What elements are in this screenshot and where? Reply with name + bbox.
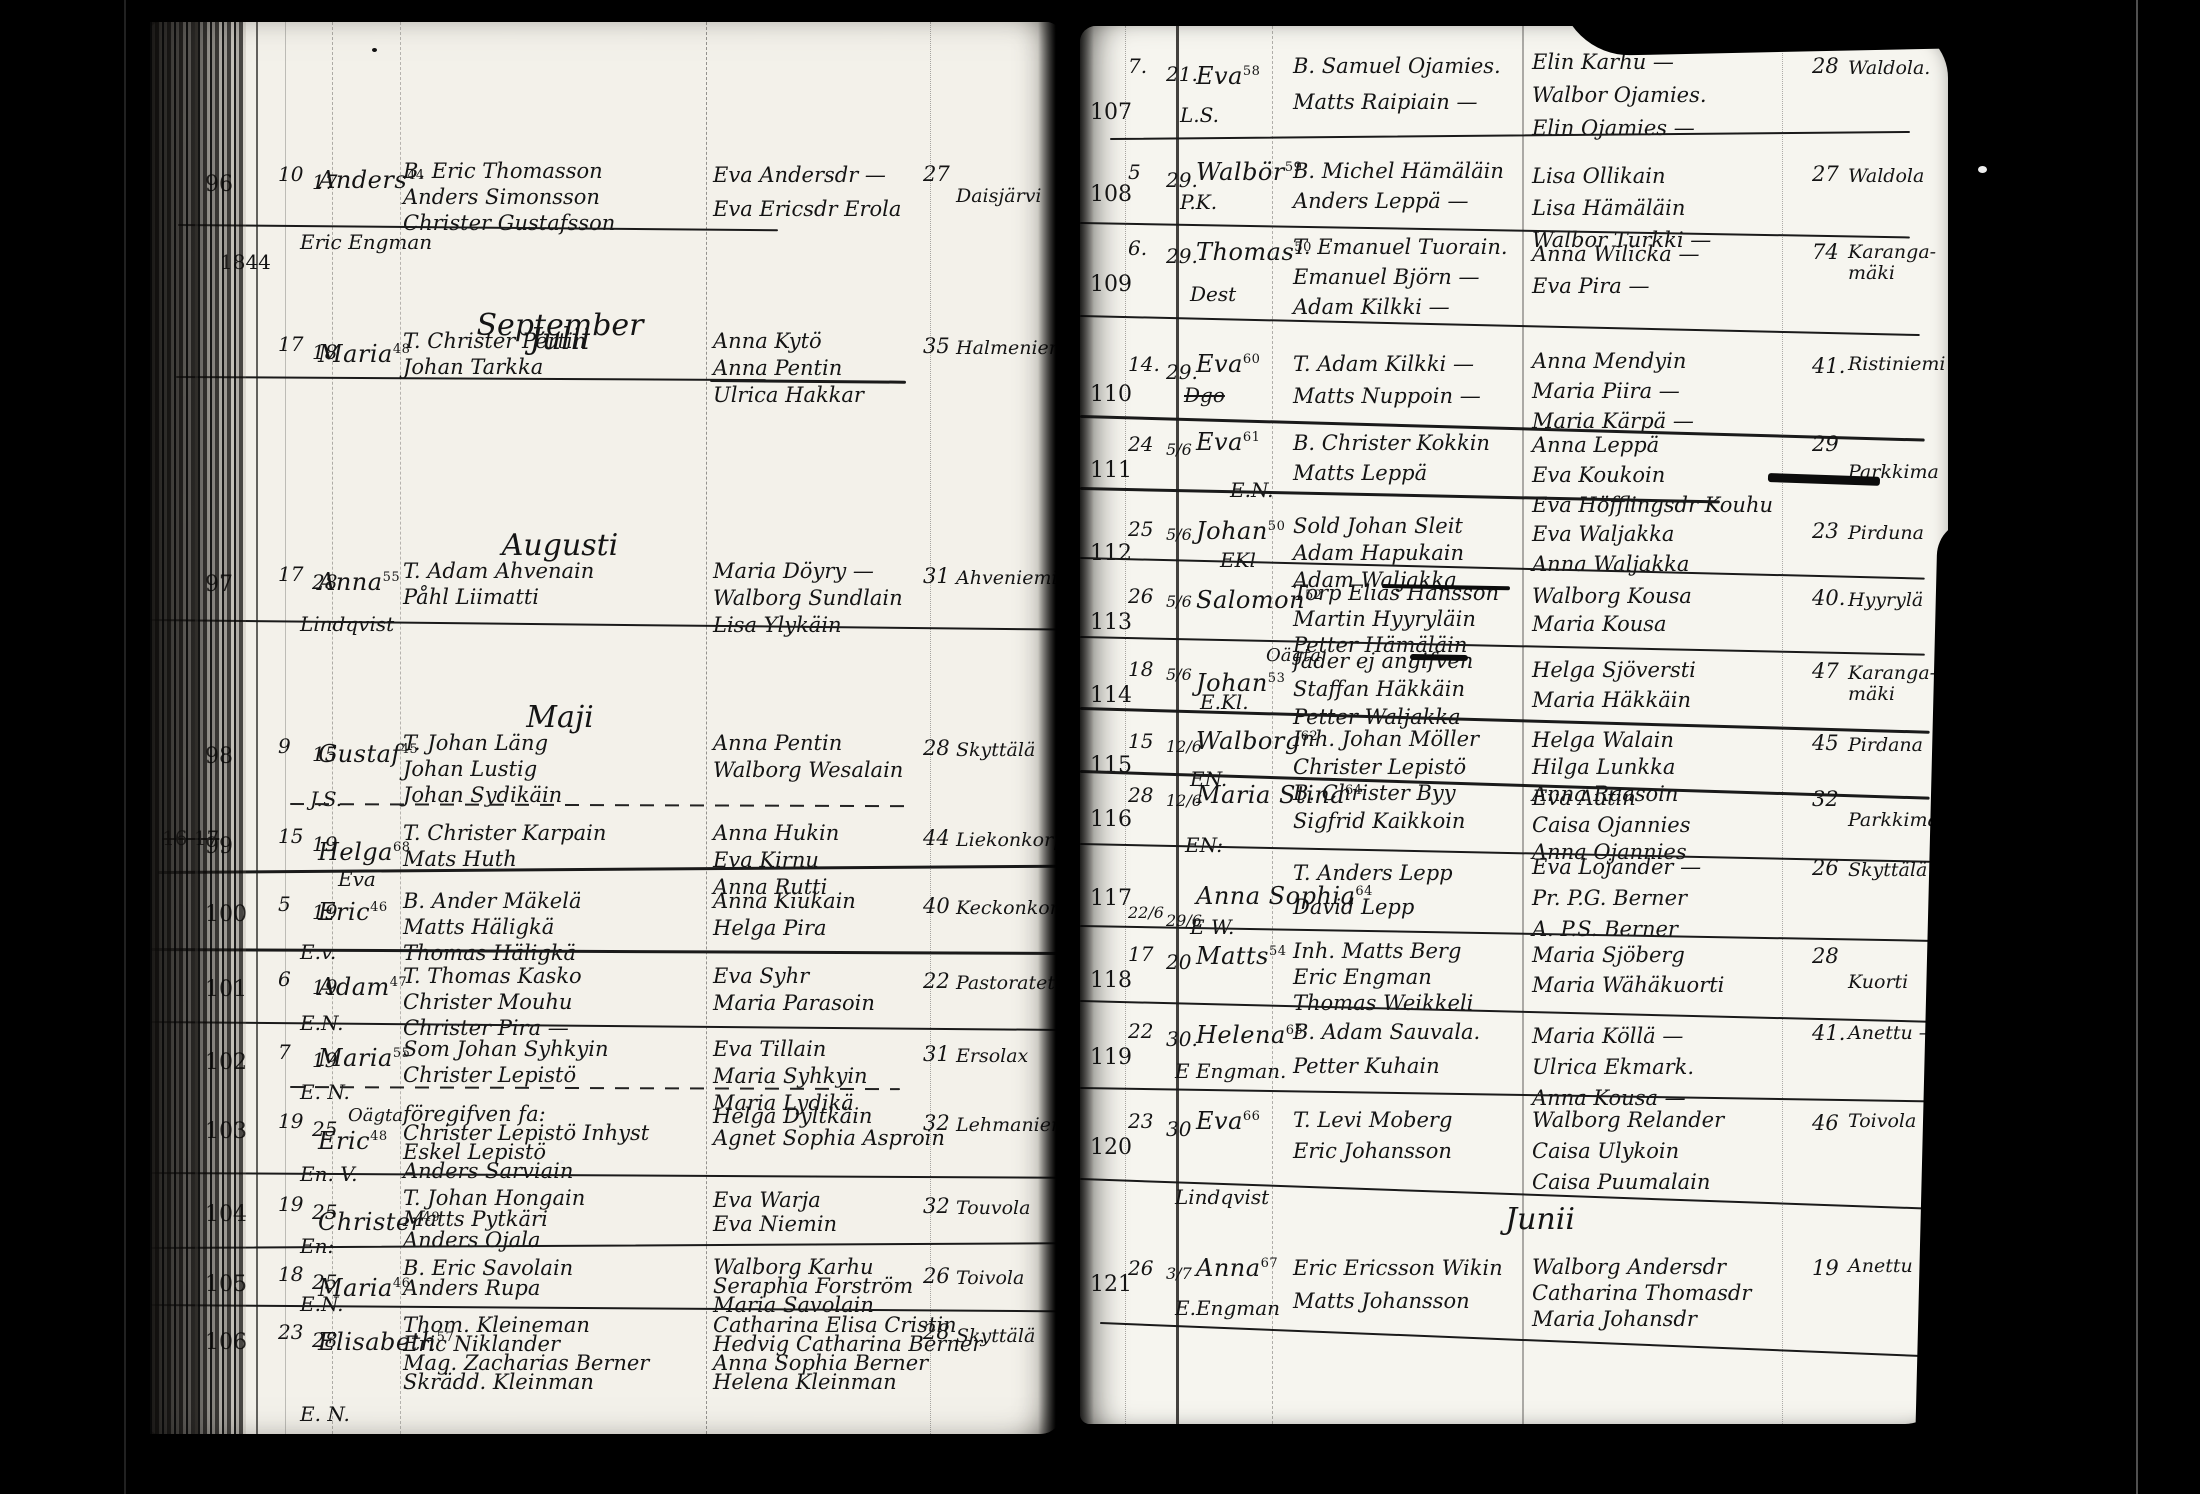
witness-line: Matts Johansson xyxy=(1293,1285,1503,1318)
child-name-text: Walbör xyxy=(1196,158,1285,186)
godmother-line: Walborg Wesalain xyxy=(713,757,903,784)
record-number: 107 xyxy=(1090,100,1132,125)
birth-date: 7 xyxy=(278,1040,291,1064)
godmother-line: Helena Kleinman xyxy=(713,1373,982,1392)
witness-line: T. Adam Kilkki — xyxy=(1293,348,1481,380)
column-rule xyxy=(706,22,708,1434)
mother-age: 35 xyxy=(923,334,950,358)
record-number: 98 xyxy=(205,744,233,769)
birth-date: 14. xyxy=(1128,352,1160,376)
book-scan: Julii961017Anders44Eric Engman1844B. Eri… xyxy=(0,0,2200,1494)
witnesses-list: B. Eric SavolainAnders Rupa xyxy=(403,1258,573,1298)
village-name: Ahveniemi xyxy=(956,568,1062,589)
child-name: Anna55 xyxy=(318,568,400,596)
village-name: Pirduna xyxy=(1848,523,1948,544)
baptism-date: 29. xyxy=(1166,244,1198,268)
legitimacy-note: Oägta xyxy=(348,1105,403,1126)
godmother-line: Walbor Ojamies. xyxy=(1532,79,1707,112)
column-rule xyxy=(1125,26,1127,1424)
mother-age: 19 xyxy=(1812,1256,1839,1280)
witness-line: T. Levi Moberg xyxy=(1293,1105,1452,1136)
birth-date: 22 xyxy=(1128,1019,1153,1043)
witnesses-list: B. Eric ThomassonAnders SimonssonChriste… xyxy=(403,158,615,236)
witness-line: Inh. Matts Berg xyxy=(1293,938,1473,964)
record-number: 105 xyxy=(205,1272,247,1297)
witness-line: David Lepp xyxy=(1293,890,1453,924)
godmother-line: Walborg Kousa xyxy=(1532,582,1692,610)
witness-line: Johan Lustig xyxy=(403,756,562,782)
hand-ruled-separator xyxy=(150,1242,1062,1249)
godmother-line: Walborg Relander xyxy=(1532,1105,1724,1136)
witness-line: Thomas Weikkeli xyxy=(1293,990,1473,1016)
witness-line: T. Emanuel Tuorain. xyxy=(1293,232,1508,262)
godmother-line: Anna Kiukain xyxy=(713,888,856,915)
village-name: Keckonkorpi xyxy=(956,898,1062,919)
witnesses-list: T. Levi MobergEric Johansson xyxy=(1293,1105,1452,1167)
child-name: Eva58 xyxy=(1196,62,1260,90)
child-name: Johan50 xyxy=(1196,517,1285,545)
godmothers-list: Elin Karhu —Walbor Ojamies.Elin Ojamies … xyxy=(1532,46,1707,145)
clergy-initials: J.S. xyxy=(310,787,342,811)
child-name-text: Thomas xyxy=(1196,238,1294,266)
hand-ruled-separator xyxy=(150,619,1062,631)
mother-age: 40 xyxy=(923,894,950,918)
witness-line: fader ej angifven xyxy=(1293,647,1473,675)
village-name: Skyttälä xyxy=(956,740,1062,761)
name-superscript: 61 xyxy=(1243,430,1261,445)
birth-date: 19 xyxy=(278,1192,303,1216)
hand-ruled-separator xyxy=(290,803,910,807)
godmothers-list: Anna LeppäEva KoukoinEva Höfflingsdr Kou… xyxy=(1532,430,1773,520)
record-number: 96 xyxy=(205,172,233,197)
witness-line: Anders Leppä — xyxy=(1293,186,1504,216)
village-name: Daisjärvi xyxy=(956,186,1062,207)
record-number: 104 xyxy=(205,1202,247,1227)
birth-date: 18 xyxy=(278,1262,303,1286)
witness-line: Anders Sarviain xyxy=(403,1162,649,1181)
mother-age: 26 xyxy=(1812,856,1839,880)
witness-line: B. Adam Sauvala. xyxy=(1293,1015,1480,1049)
name-superscript: 48 xyxy=(370,1129,388,1144)
witness-line: Sold Johan Sleit xyxy=(1293,513,1464,540)
name-superscript: 55 xyxy=(383,570,401,585)
hand-ruled-separator xyxy=(150,1304,1062,1312)
witness-line: T. Thomas Kasko xyxy=(403,963,582,989)
witness-line: Martin Hyyryläin xyxy=(1293,606,1499,632)
child-name: Helena65 xyxy=(1196,1021,1303,1049)
baptism-date: 5/6 xyxy=(1166,665,1192,684)
record-number: 121 xyxy=(1090,1272,1132,1297)
child-name-text: Anna xyxy=(318,568,383,596)
mother-age: 28 xyxy=(923,1320,950,1344)
birth-date: 26 xyxy=(1128,1256,1153,1280)
child-name: Anna67 xyxy=(1196,1254,1278,1282)
baptism-date: 21. xyxy=(1166,62,1198,86)
child-name-text: Anna xyxy=(1196,1254,1261,1282)
village-name: Waldola xyxy=(1848,166,1948,187)
name-superscript: 66 xyxy=(1243,1109,1261,1124)
name-superscript: 54 xyxy=(1269,944,1287,959)
mother-age: 46 xyxy=(1812,1111,1839,1135)
mother-age: 45 xyxy=(1812,731,1839,755)
witness-line: Eric Ericsson Wikin xyxy=(1293,1252,1503,1285)
godmother-line: Helga Pira xyxy=(713,915,856,942)
mother-age: 44 xyxy=(923,826,950,850)
village-name: Skyttälä xyxy=(956,1326,1062,1347)
clergy-initials: E.Engman xyxy=(1175,1296,1280,1320)
witness-line: T. Christer Pertin xyxy=(403,328,586,354)
godmothers-list: Anna Wilicka —Eva Pira — xyxy=(1532,238,1699,302)
child-name-text: Matts xyxy=(1196,942,1269,970)
witness-line: Matts Häligkä xyxy=(403,914,581,940)
record-number: 103 xyxy=(205,1119,247,1144)
godmother-line: Pr. P.G. Berner xyxy=(1532,883,1701,914)
child-name-text: Johan xyxy=(1196,517,1268,545)
godmother-line: Eva Pira — xyxy=(1532,270,1699,302)
mother-age: 32 xyxy=(923,1194,950,1218)
child-name-text: Maria xyxy=(318,340,393,368)
godmother-line: Eva Niemin xyxy=(713,1212,837,1236)
clergy-initials: E. N. xyxy=(300,1080,350,1104)
godmother-line: Eva Ericsdr Erola xyxy=(713,192,901,226)
witness-line: Matts Raipiain — xyxy=(1293,84,1501,120)
godmother-line: Maria Sjöberg xyxy=(1532,940,1724,970)
godmother-line: Walborg Andersdr xyxy=(1532,1254,1751,1280)
name-superscript: 58 xyxy=(1243,64,1261,79)
godmother-line: Helga Sjöversti xyxy=(1532,655,1696,685)
ink-strikethrough xyxy=(1410,654,1468,661)
name-superscript: 60 xyxy=(1243,352,1261,367)
village-name: Touvola xyxy=(956,1198,1062,1219)
mother-age: 32 xyxy=(1812,787,1839,811)
baptism-date: 5/6 xyxy=(1166,525,1192,544)
child-name: Matts54 xyxy=(1196,942,1287,970)
year-note: 1844 xyxy=(220,250,271,274)
godmother-line: Anna Hukin xyxy=(713,820,839,847)
village-name: Liekonkorpi xyxy=(956,830,1062,851)
witness-line: Anders Simonsson xyxy=(403,184,615,210)
village-name: Halmeniemi xyxy=(956,338,1062,359)
godmother-line: Helga Dyltkäin xyxy=(713,1105,945,1127)
godmother-line: Maria Parasoin xyxy=(713,990,875,1017)
godmother-line: Eva Lojander — xyxy=(1532,852,1701,883)
birth-date: 15 xyxy=(278,824,303,848)
village-name: Anettu — xyxy=(1848,1023,1948,1044)
mother-age: 41. xyxy=(1812,354,1845,378)
witness-line: B. Christer Kokkin xyxy=(1293,428,1490,458)
birth-date: 6. xyxy=(1128,236,1147,260)
child-name: Eva60 xyxy=(1196,350,1260,378)
baptism-date: 20 xyxy=(1166,950,1191,974)
child-name: Helga68 xyxy=(318,838,411,866)
witnesses-list: B. Adam Sauvala.Petter Kuhain xyxy=(1293,1015,1480,1083)
child-name-text: Eric xyxy=(318,1127,370,1155)
godmothers-list: Anna PentinWalborg Wesalain xyxy=(713,730,903,784)
hand-ruled-separator xyxy=(176,376,766,381)
mother-age: 22 xyxy=(923,969,950,993)
clergy-initials: Lindqvist xyxy=(1175,1185,1269,1209)
godmother-line: Anna Pentin xyxy=(713,730,903,757)
godmother-line: Maria Döyry — xyxy=(713,558,903,585)
godmother-line: Eva Warja xyxy=(713,1188,837,1212)
witness-line: Adam Kilkki — xyxy=(1293,292,1508,322)
witness-line: Christer Lepistö xyxy=(403,1062,609,1088)
witnesses-list: T. Johan LängJohan LustigJohan Sydikäin xyxy=(403,730,562,808)
witnesses-list: Inh. Johan MöllerChrister Lepistö xyxy=(1293,725,1479,781)
record-number: 102 xyxy=(205,1050,247,1075)
witness-line: Skrädd. Kleinman xyxy=(403,1373,649,1392)
record-number: 112 xyxy=(1090,541,1132,566)
child-name-text: Gustaf xyxy=(318,740,401,768)
baptism-date: 29. xyxy=(1166,168,1198,192)
child-name-text: Salomon xyxy=(1196,586,1305,614)
column-rule xyxy=(256,22,258,1434)
godmother-line: Elin Karhu — xyxy=(1532,46,1707,79)
record-number: 110 xyxy=(1090,382,1132,407)
baptism-date: 3/7 xyxy=(1166,1264,1192,1283)
witness-line: Eric Johansson xyxy=(1293,1136,1452,1167)
child-name-text: Adam xyxy=(318,973,390,1001)
column-rule xyxy=(1176,26,1179,1424)
witnesses-list: B. Christer KokkinMatts Leppä xyxy=(1293,428,1490,488)
godmother-line: Maria Häkkäin xyxy=(1532,685,1696,715)
clergy-initials: P.K. xyxy=(1180,190,1217,214)
record-number: 119 xyxy=(1090,1045,1132,1070)
witnesses-list: B. Michel HämäläinAnders Leppä — xyxy=(1293,156,1504,216)
witnesses-list: B. Samuel Ojamies.Matts Raipiain — xyxy=(1293,48,1501,120)
godmother-line: Maria Wähäkuorti xyxy=(1532,970,1724,1000)
godmother-line: Hilga Lunkka xyxy=(1532,754,1678,781)
baptism-date: 30 xyxy=(1166,1117,1191,1141)
godmother-line: Anna Leppä xyxy=(1532,430,1773,460)
witnesses-list: T. Thomas KaskoChrister MouhuChrister Pi… xyxy=(403,963,582,1041)
child-name: Maria55 xyxy=(318,1044,410,1072)
name-superscript: 53 xyxy=(1268,671,1286,686)
godmothers-list: Walborg KarhuSeraphia ForströmMaria Savo… xyxy=(713,1258,913,1315)
birth-date: 17 xyxy=(278,562,303,586)
hand-ruled-separator xyxy=(150,948,1062,955)
witnesses-list: B. Ander MäkeläMatts HäligkäThomas Hälig… xyxy=(403,888,581,966)
hand-ruled-separator xyxy=(1110,131,1910,140)
record-number: 111 xyxy=(1090,458,1132,483)
hand-ruled-separator xyxy=(1080,1087,1930,1102)
hand-ruled-separator xyxy=(158,865,1062,874)
village-name: Parkkima xyxy=(1848,810,1948,831)
godmother-line: Eva Andersdr — xyxy=(713,158,901,192)
godmother-line: Lisa Hämäläin xyxy=(1532,192,1711,224)
godmothers-list: Helga DyltkäinAgnet Sophia Asproin xyxy=(713,1105,945,1149)
mother-age: 26 xyxy=(923,1264,950,1288)
child-name-text: Eva xyxy=(1196,1107,1243,1135)
right-page: 1077.21.Eva58L.S.B. Samuel Ojamies.Matts… xyxy=(1080,26,1948,1424)
birth-date: 6 xyxy=(278,967,291,991)
witness-line: T. Adam Ahvenain xyxy=(403,558,594,584)
godmother-line: Maria Kousa xyxy=(1532,610,1692,638)
godmother-line: Caisa Ulykoin xyxy=(1532,1136,1724,1167)
godmothers-list: Anna MendyinMaria Piira —Maria Kärpä — xyxy=(1532,346,1694,436)
struck-numbers: 16 17 xyxy=(162,826,219,850)
record-number: 114 xyxy=(1090,683,1132,708)
godmother-line: Maria Köllä — xyxy=(1532,1021,1694,1052)
witnesses-list: T. Adam AhvenainPåhl Liimatti xyxy=(403,558,594,610)
child-name-text: Walborg xyxy=(1196,727,1301,755)
godmother-line: Eva Koukoin xyxy=(1532,460,1773,490)
record-number: 97 xyxy=(205,572,233,597)
birth-date: 10 xyxy=(278,162,303,186)
birth-date: 23 xyxy=(278,1320,303,1344)
godmothers-list: Eva WarjaEva Niemin xyxy=(713,1188,837,1236)
child-name-text: Eva xyxy=(1196,428,1243,456)
mother-age: 23 xyxy=(1812,519,1839,543)
mother-age: 31 xyxy=(923,1042,950,1066)
witness-line: Matts Leppä xyxy=(1293,458,1490,488)
child-name-text: Eva xyxy=(1196,62,1243,90)
witness-line: T. Christer Karpain xyxy=(403,820,606,846)
birth-date: 26 xyxy=(1128,584,1153,608)
clergy-initials: L.S. xyxy=(1180,103,1219,127)
godmother-line: Maria Johansdr xyxy=(1532,1306,1751,1332)
record-number: 106 xyxy=(205,1330,247,1355)
village-name: Pastoratet xyxy=(956,973,1062,994)
witness-line: Matts Nuppoin — xyxy=(1293,380,1481,412)
village-name: Hyyrylä xyxy=(1848,590,1948,611)
godmothers-list: Eva Lojander —Pr. P.G. BernerA. P.S. Ber… xyxy=(1532,852,1701,945)
clergy-initials: E.v. xyxy=(300,940,336,964)
witness-line: Johan Tarkka xyxy=(403,354,586,380)
left-page: Julii961017Anders44Eric Engman1844B. Eri… xyxy=(150,22,1062,1434)
godmother-line: Eva Waljakka xyxy=(1532,519,1689,549)
hand-ruled-separator xyxy=(1080,1000,1930,1023)
witness-line: Inh. Johan Möller xyxy=(1293,725,1479,753)
witness-line: B. Ander Mäkelä xyxy=(403,888,581,914)
clergy-initials: E.N. xyxy=(300,1292,344,1316)
column-rule xyxy=(930,22,932,1434)
film-scratch-line xyxy=(124,0,126,1494)
record-number: 120 xyxy=(1090,1135,1132,1160)
godmothers-list: Anna KiukainHelga Pira xyxy=(713,888,856,942)
witnesses-list: T. Emanuel Tuorain.Emanuel Björn —Adam K… xyxy=(1293,232,1508,322)
godmother-line: Caisa Ojannies xyxy=(1532,812,1691,839)
witnesses-list: T. Anders LeppDavid Lepp xyxy=(1293,856,1453,924)
godmother-line: Agnet Sophia Asproin xyxy=(713,1127,945,1149)
mother-age: 28 xyxy=(1812,54,1839,78)
godmother-line: Anna Waljakka xyxy=(1532,549,1689,579)
baptism-date: 5/6 xyxy=(1166,440,1192,459)
witnesses-list: T. Christer PertinJohan Tarkka xyxy=(403,328,586,380)
mother-age: 41. xyxy=(1812,1021,1845,1045)
record-number: 109 xyxy=(1090,272,1132,297)
birth-date: 24 xyxy=(1128,432,1153,456)
baptism-date: 29. xyxy=(1166,360,1198,384)
mother-age: 31 xyxy=(923,564,950,588)
village-name: Ersolax xyxy=(956,1046,1062,1067)
clergy-initials: Dgo xyxy=(1184,383,1225,407)
godmother-line: Anna Wilicka — xyxy=(1532,238,1699,270)
witness-line: B. Samuel Ojamies. xyxy=(1293,48,1501,84)
witnesses-list: Eric Ericsson WikinMatts Johansson xyxy=(1293,1252,1503,1318)
godmother-line: Eva Syhr xyxy=(713,963,875,990)
village-name: Lehmaniemi xyxy=(956,1115,1062,1136)
witnesses-list: Som Johan SyhkyinChrister Lepistö xyxy=(403,1036,609,1088)
witnesses-list: B. Christer ByySigfrid Kaikkoin xyxy=(1293,779,1465,835)
birth-date: 19 xyxy=(278,1109,303,1133)
village-name: Kuorti xyxy=(1848,972,1948,993)
child-name-text: Anders xyxy=(318,166,407,194)
godmothers-list: Eva SyhrMaria Parasoin xyxy=(713,963,875,1017)
godmothers-list: Walborg RelanderCaisa UlykoinCaisa Puuma… xyxy=(1532,1105,1724,1198)
witness-line: B. Eric Thomasson xyxy=(403,158,615,184)
child-name: Eric48 xyxy=(318,1127,388,1155)
mother-age: 40. xyxy=(1812,586,1845,610)
witnesses-list: T. Johan HongainMatts PytkäriAnders Ojal… xyxy=(403,1188,585,1251)
witness-line: Som Johan Syhkyin xyxy=(403,1036,609,1062)
witness-line: T. Johan Hongain xyxy=(403,1188,585,1209)
baptism-date: 5/6 xyxy=(1166,592,1192,611)
witnesses-list: Inh. Matts BergEric EngmanThomas Weikkel… xyxy=(1293,938,1473,1016)
godmother-line: Ulrica Hakkar xyxy=(713,382,864,409)
dust-speck xyxy=(1978,166,1987,173)
baptism-date: 30. xyxy=(1166,1027,1198,1051)
record-number: 116 xyxy=(1090,807,1132,832)
godmother-line: Caisa Puumalain xyxy=(1532,1167,1724,1198)
witness-line: B. Christer Byy xyxy=(1293,779,1465,807)
birth-date: 17 xyxy=(1128,942,1153,966)
birth-date: 17 xyxy=(278,332,303,356)
village-name: Anettu xyxy=(1848,1256,1948,1277)
month-header: Junii xyxy=(1420,1202,1660,1237)
birth-date: 15 xyxy=(1128,729,1153,753)
hand-ruled-separator xyxy=(150,1021,1062,1031)
child-name: Adam47 xyxy=(318,973,407,1001)
mother-age: 27 xyxy=(1812,162,1839,186)
mother-age: 47 xyxy=(1812,659,1839,683)
witness-line: B. Eric Savolain xyxy=(403,1258,573,1278)
godmother-line: Catharina Thomasdr xyxy=(1532,1280,1751,1306)
godmothers-list: Eva Andersdr —Eva Ericsdr Erola xyxy=(713,158,901,226)
column-rule xyxy=(195,22,198,1434)
column-rule xyxy=(285,22,286,1434)
clergy-initials: Lindqvist xyxy=(300,612,394,636)
clergy-initials: E Engman. xyxy=(1175,1059,1286,1083)
record-number: 108 xyxy=(1090,182,1132,207)
witness-line: Anders Ojala xyxy=(403,1230,585,1251)
witness-line: Sigfrid Kaikkoin xyxy=(1293,807,1465,835)
witness-line: T. Johan Läng xyxy=(403,730,562,756)
godmother-line: Anna Mendyin xyxy=(1532,346,1694,376)
clergy-initials: Dest xyxy=(1190,282,1236,306)
child-name: Walbör59 xyxy=(1196,158,1302,186)
witness-line: Eric Engman xyxy=(1293,964,1473,990)
birth-date: 25 xyxy=(1128,517,1153,541)
witness-line: Matts Pytkäri xyxy=(403,1209,585,1230)
birth-date: 18 xyxy=(1128,657,1153,681)
godmother-line: Helga Walain xyxy=(1532,727,1678,754)
child-name-text: Eva xyxy=(1196,350,1243,378)
witness-line: Anders Rupa xyxy=(403,1278,573,1298)
child-name-text: Helga xyxy=(318,838,393,866)
child-name: Eva61 xyxy=(1196,428,1260,456)
witness-line: Christer Mouhu xyxy=(403,989,582,1015)
child-name: Eva66 xyxy=(1196,1107,1260,1135)
record-number: 100 xyxy=(205,902,247,927)
birth-date: 22/6 xyxy=(1128,903,1164,922)
birth-date: 28 xyxy=(1128,783,1153,807)
record-number: 113 xyxy=(1090,610,1132,635)
godmother-line: Elin Ojamies — xyxy=(1532,112,1707,145)
witness-line: Emanuel Björn — xyxy=(1293,262,1508,292)
witnesses-list: föregifven fa:Christer Lepistö InhystEsk… xyxy=(403,1105,649,1181)
godmother-line: Anna Kytö xyxy=(713,328,864,355)
